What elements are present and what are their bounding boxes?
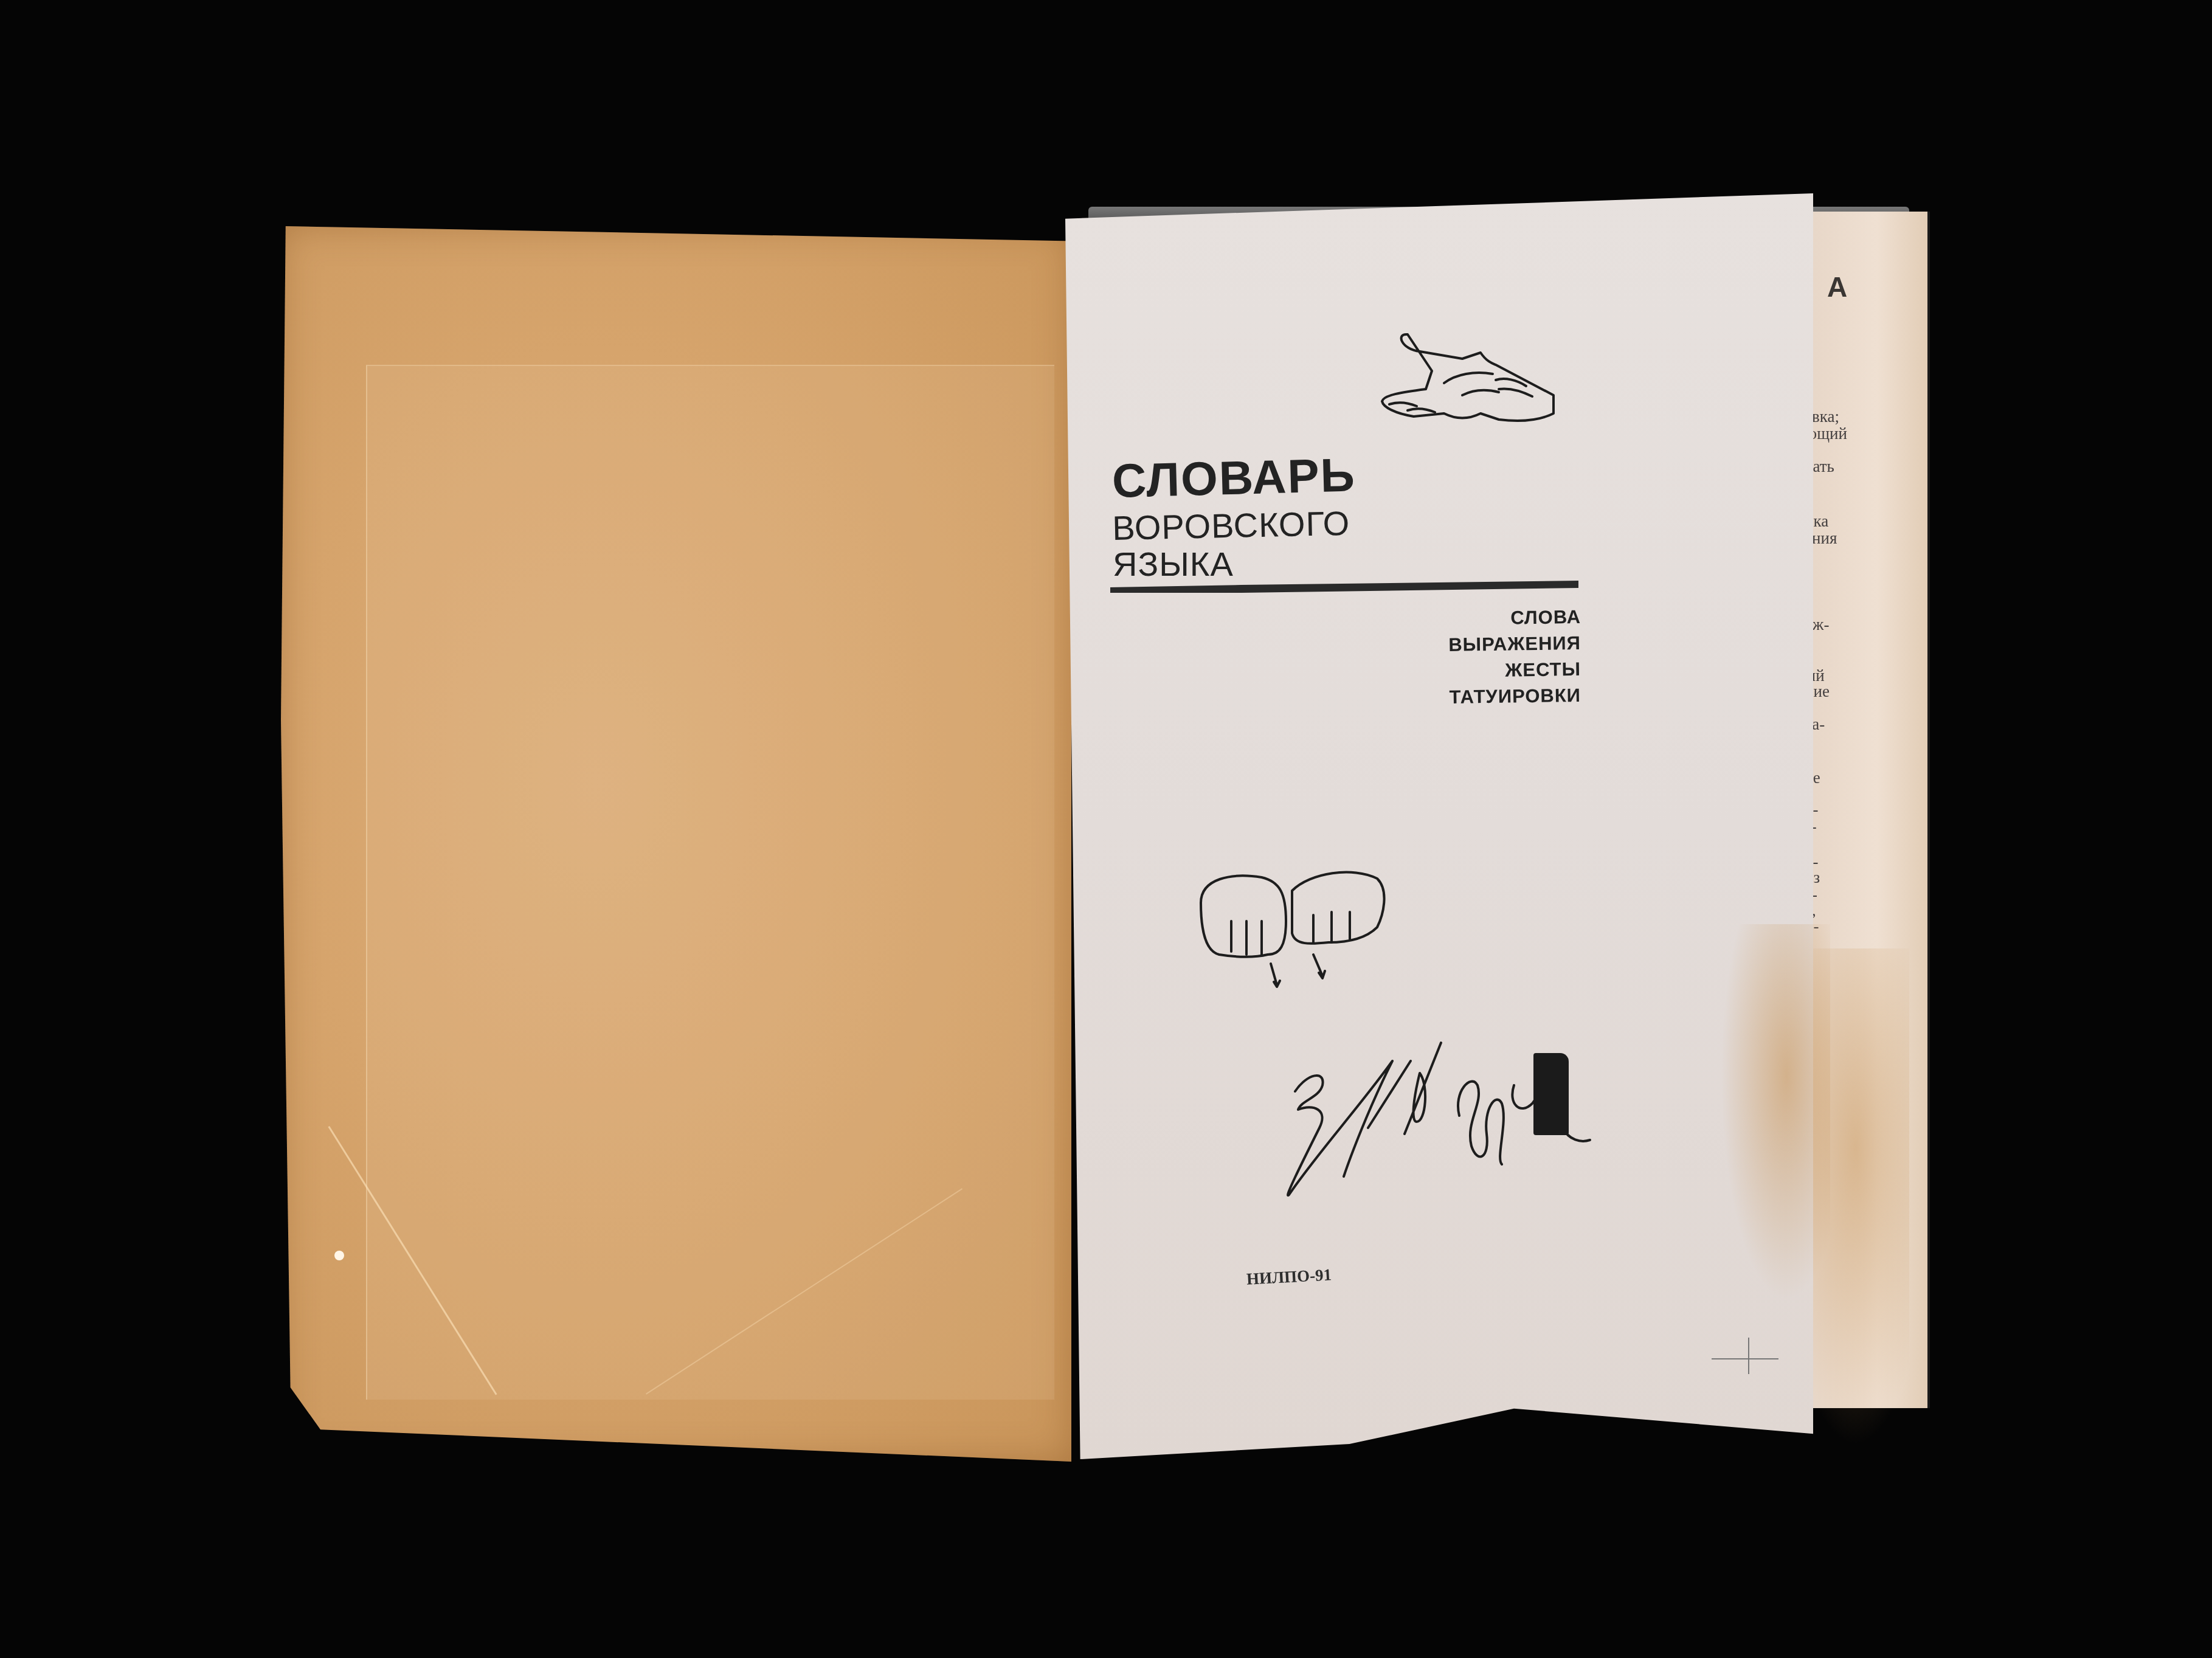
crop-mark — [1748, 1338, 1749, 1374]
subtitle-item: ВЫРАЖЕНИЯ — [1398, 630, 1581, 658]
fists-gesture-icon — [1195, 866, 1389, 988]
light-glint — [334, 1251, 344, 1260]
cover-inner-panel — [366, 365, 1054, 1400]
subtitle-list: СЛОВА ВЫРАЖЕНИЯ ЖЕСТЫ ТАТУИРОВКИ — [1398, 605, 1581, 710]
handwritten-signature — [1277, 1037, 1739, 1213]
title-line-3: ЯЗЫКА — [1113, 547, 1357, 582]
subtitle-item: СЛОВА — [1398, 604, 1581, 632]
letter-heading: А — [1827, 271, 1847, 303]
inside-front-cover — [281, 226, 1071, 1462]
title-main: СЛОВАРЬ — [1111, 451, 1357, 505]
subtitle-item: ТАТУИРОВКИ — [1398, 682, 1581, 711]
crop-mark — [1712, 1358, 1778, 1359]
subtitle-item: ЖЕСТЫ — [1398, 656, 1581, 685]
title-line-2: ВОРОВСКОГО — [1112, 506, 1357, 547]
book-title: СЛОВАРЬ ВОРОВСКОГО ЯЗЫКА — [1113, 457, 1357, 582]
ink-doodle-filled — [1533, 1053, 1569, 1135]
hand-gesture-icon — [1371, 328, 1572, 432]
